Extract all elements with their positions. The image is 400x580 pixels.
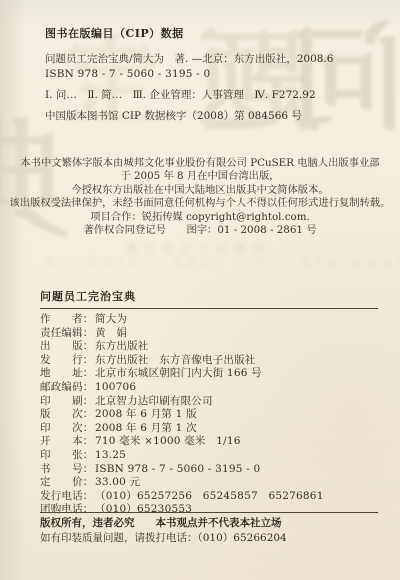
entry-label: 作 者：: [40, 313, 95, 327]
colophon-row-publisher: 出 版：东方出版社: [40, 340, 378, 354]
entry-value: 33.00 元: [95, 476, 378, 490]
license-line: 项目合作：锐拓传媒 copyright@rightol.com.: [0, 211, 400, 224]
entry-value: （010）65230553: [95, 503, 378, 517]
entry-value: 黄 娟: [95, 327, 378, 341]
cip-classification-line: Ⅰ. 问… Ⅱ. 简… Ⅲ. 企业管理：人事管理 Ⅳ. F272.92: [45, 88, 382, 102]
entry-label: 印 张：: [40, 449, 95, 463]
colophon-row-group-phone: 团购电话：（010）65230553: [40, 503, 378, 517]
entry-label: 团购电话：: [40, 503, 95, 517]
license-block: 本书中文繁体字版本由城邦文化事业股份有限公司 PCuSER 电脑人出版事业部 于…: [0, 157, 400, 237]
colophon-row-address: 地 址：北京市东城区朝阳门内大街 166 号: [40, 367, 378, 381]
colophon-row-author: 作 者：简大为: [40, 313, 378, 327]
entry-label: 书 号：: [40, 463, 95, 477]
footer-divider: [40, 512, 378, 513]
entry-label: 开 本：: [40, 435, 95, 449]
colophon-rows: 作 者：简大为 责任编辑：黄 娟 出 版：东方出版社 发 行：东方出版社 东方音…: [40, 313, 378, 517]
colophon-row-distributor: 发 行：东方出版社 东方音像电子出版社: [40, 354, 378, 368]
footer-block: 版权所有，违者必究 本书观点并不代表本社立场 如有印装质量问题，请拨打电话：（0…: [40, 516, 378, 545]
entry-value: 13.25: [95, 449, 378, 463]
colophon-row-printer: 印 刷：北京智力达印刷有限公司: [40, 395, 378, 409]
license-line: 于 2005 年 8 月在中国台湾出版，: [0, 170, 400, 183]
entry-label: 责任编辑：: [40, 327, 95, 341]
entry-label: 出 版：: [40, 340, 95, 354]
license-line: 今授权东方出版社在中国大陆地区出版其中文简体版本。: [0, 184, 400, 197]
cip-title-line: 问题员工完治宝典/简大为 著. —北京：东方出版社，2008.6: [45, 52, 382, 66]
colophon-block: 问题员工完治宝典 作 者：简大为 责任编辑：黄 娟 出 版：东方出版社 发 行：…: [40, 288, 378, 517]
entry-label: 发 行：: [40, 354, 95, 368]
entry-value: 东方出版社: [95, 340, 378, 354]
entry-value: 2008 年 6 月第 1 次: [95, 422, 378, 436]
entry-value: 简大为: [95, 313, 378, 327]
colophon-row-impression: 印 次：2008 年 6 月第 1 次: [40, 422, 378, 436]
colophon-row-isbn: 书 号：ISBN 978 - 7 - 5060 - 3195 - 0: [40, 463, 378, 477]
license-line: 本书中文繁体字版本由城邦文化事业股份有限公司 PCuSER 电脑人出版事业部: [0, 157, 400, 170]
colophon-row-sheets: 印 张：13.25: [40, 449, 378, 463]
colophon-row-format: 开 本：710 毫米 ×1000 毫米 1/16: [40, 435, 378, 449]
entry-label: 邮政编码：: [40, 381, 95, 395]
cip-record-line: 中国版本图书馆 CIP 数据核字（2008）第 084566 号: [45, 109, 382, 123]
entry-value: 北京智力达印刷有限公司: [95, 395, 378, 409]
cip-header: 图书在版编目（CIP）数据: [45, 27, 382, 41]
cip-isbn-line: ISBN 978 - 7 - 5060 - 3195 - 0: [45, 67, 382, 81]
quality-notice: 如有印装质量问题，请拨打电话：（010）65266204: [40, 531, 378, 546]
entry-value: ISBN 978 - 7 - 5060 - 3195 - 0: [95, 463, 378, 477]
entry-value: （010）65257256 65245857 65276861: [95, 490, 378, 504]
entry-value: 710 毫米 ×1000 毫米 1/16: [95, 435, 378, 449]
colophon-row-sales-phone: 发行电话：（010）65257256 65245857 65276861: [40, 490, 378, 504]
book-title: 问题员工完治宝典: [40, 288, 378, 309]
colophon-row-price: 定 价：33.00 元: [40, 476, 378, 490]
entry-label: 印 次：: [40, 422, 95, 436]
colophon-row-postcode: 邮政编码：100706: [40, 381, 378, 395]
colophon-row-editor: 责任编辑：黄 娟: [40, 327, 378, 341]
cip-data-block: 图书在版编目（CIP）数据 问题员工完治宝典/简大为 著. —北京：东方出版社，…: [45, 27, 382, 123]
ghost-text-line: ISBN 978 - 7 - 5060 - 3195 - 0: [40, 256, 400, 270]
entry-label: 发行电话：: [40, 490, 95, 504]
colophon-row-edition: 版 次：2008 年 6 月第 1 版: [40, 408, 378, 422]
copyright-notice: 版权所有，违者必究 本书观点并不代表本社立场: [40, 516, 378, 531]
license-registration-line: 著作权合同登记号 图字：01 - 2008 - 2861 号: [0, 224, 400, 237]
ghost-text-line: 问题员工完治宝典: [120, 240, 264, 257]
entry-value: 100706: [95, 381, 378, 395]
entry-value: 2008 年 6 月第 1 版: [95, 408, 378, 422]
entry-value: 北京市东城区朝阳门内大街 166 号: [95, 367, 378, 381]
entry-value: 东方出版社 东方音像电子出版社: [95, 354, 378, 368]
entry-label: 定 价：: [40, 476, 95, 490]
license-line: 该出版权受法律保护，未经书面同意任何机构与个人不得以任何形式进行复制转载。: [0, 197, 400, 210]
entry-label: 版 次：: [40, 408, 95, 422]
entry-label: 印 刷：: [40, 395, 95, 409]
book-copyright-page: 问 题 典 宝 问题员工完治宝典 ISBN 978 - 7 - 5060 - 3…: [0, 0, 400, 580]
entry-label: 地 址：: [40, 367, 95, 381]
